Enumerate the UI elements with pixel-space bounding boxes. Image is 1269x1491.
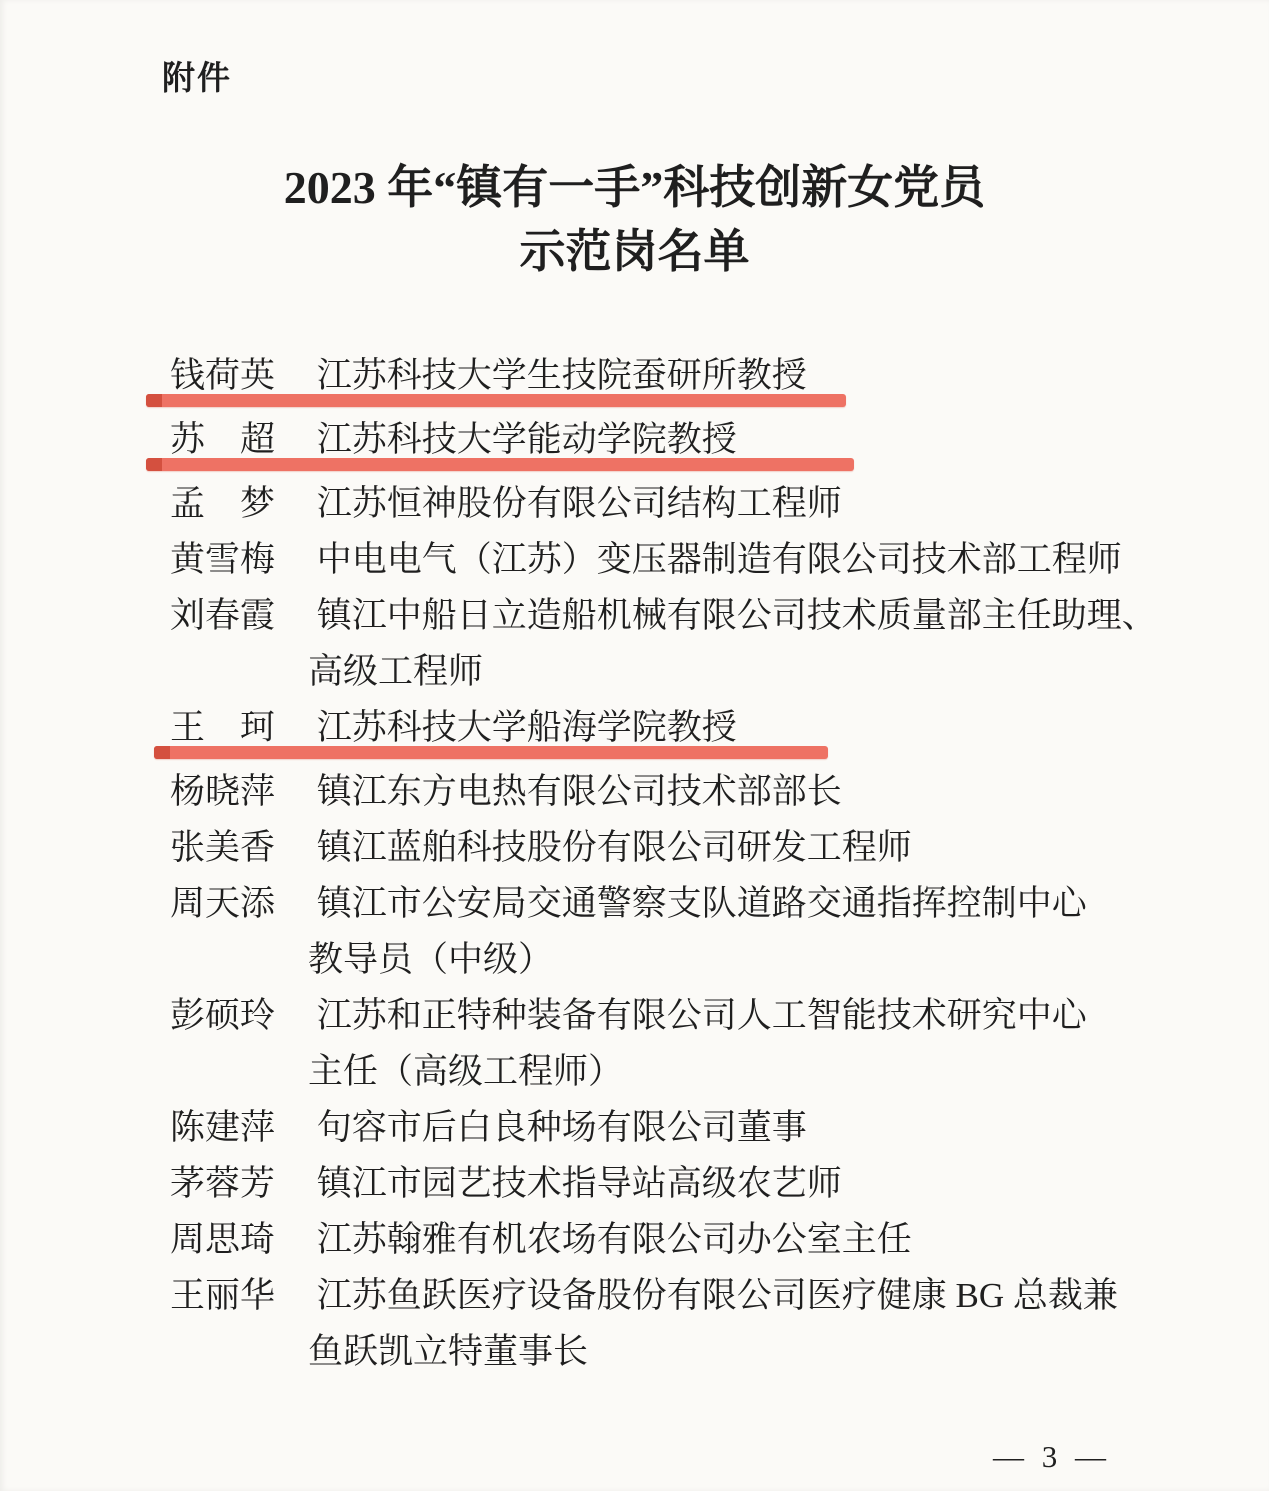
attachment-label: 附件 (162, 52, 232, 99)
roster-entry-line: 周天添 镇江市公安局交通警察支队道路交通指挥控制中心 (170, 876, 1229, 932)
person-name-char: 建 (205, 1100, 240, 1156)
page-number: — 3 — (993, 1439, 1111, 1475)
person-position: 镇江东方电热有限公司技术部部长 (317, 772, 842, 811)
red-underline-cap (146, 394, 162, 407)
roster-entry-line: 杨晓萍 镇江东方电热有限公司技术部部长 (170, 764, 1229, 820)
person-name-char: 陈 (170, 1100, 205, 1156)
roster-entry: 周天添 镇江市公安局交通警察支队道路交通指挥控制中心 教导员（中级） (170, 876, 1229, 988)
person-name: 孟梦 (170, 476, 275, 532)
roster-entry: 黄雪梅 中电电气（江苏）变压器制造有限公司技术部工程师 (170, 532, 1229, 588)
person-name-char: 思 (205, 1212, 240, 1268)
person-position-continued: 教导员（中级） (308, 940, 553, 979)
person-name-char: 玲 (240, 988, 275, 1044)
document-page: 附件 2023 年“镇有一手”科技创新女党员 示范岗名单 钱荷英 江苏科技大学生… (0, 0, 1269, 1491)
roster-entry: 苏超 江苏科技大学能动学院教授 (170, 412, 1229, 468)
person-name-char: 晓 (205, 764, 240, 820)
roster-entry: 茅蓉芳 镇江市园艺技术指导站高级农艺师 (170, 1156, 1229, 1212)
person-name-char: 天 (205, 876, 240, 932)
red-underline-cap (154, 746, 170, 759)
person-name-char: 周 (170, 1212, 205, 1268)
person-name-char: 美 (205, 820, 240, 876)
person-name-char: 霞 (240, 588, 275, 644)
person-position: 江苏和正特种装备有限公司人工智能技术研究中心 (317, 996, 1087, 1035)
roster-entry: 彭硕玲 江苏和正特种装备有限公司人工智能技术研究中心 主任（高级工程师） (170, 988, 1229, 1100)
person-name-char: 雪 (205, 532, 240, 588)
roster-entry: 陈建萍 句容市后白良种场有限公司董事 (170, 1100, 1229, 1156)
person-position: 句容市后白良种场有限公司董事 (317, 1108, 807, 1147)
person-position: 江苏恒神股份有限公司结构工程师 (317, 484, 842, 523)
red-underline-cap (146, 458, 162, 471)
roster-entry-line: 王丽华 江苏鱼跃医疗设备股份有限公司医疗健康 BG 总裁兼 (170, 1268, 1229, 1324)
roster-entry: 周思琦 江苏翰雅有机农场有限公司办公室主任 (170, 1212, 1229, 1268)
roster-entry-line: 黄雪梅 中电电气（江苏）变压器制造有限公司技术部工程师 (170, 532, 1229, 588)
roster-entry: 孟梦 江苏恒神股份有限公司结构工程师 (170, 476, 1229, 532)
person-name-char: 芳 (240, 1156, 275, 1212)
red-underline-highlight (154, 746, 828, 759)
person-name-char: 硕 (205, 988, 240, 1044)
roster-entry: 杨晓萍 镇江东方电热有限公司技术部部长 (170, 764, 1229, 820)
person-name: 周思琦 (170, 1212, 275, 1268)
person-position: 江苏科技大学生技院蚕研所教授 (317, 356, 807, 395)
person-name-char: 茅 (170, 1156, 205, 1212)
person-name-char: 梦 (240, 476, 275, 532)
roster-entry: 王丽华 江苏鱼跃医疗设备股份有限公司医疗健康 BG 总裁兼 鱼跃凯立特董事长 (170, 1268, 1229, 1380)
person-position: 江苏科技大学船海学院教授 (317, 708, 737, 747)
person-name-char: 丽 (205, 1268, 240, 1324)
document-title: 2023 年“镇有一手”科技创新女党员 示范岗名单 (110, 156, 1159, 284)
roster-entry-line: 陈建萍 句容市后白良种场有限公司董事 (170, 1100, 1229, 1156)
red-underline-highlight (146, 394, 846, 407)
person-position: 江苏鱼跃医疗设备股份有限公司医疗健康 BG 总裁兼 (317, 1276, 1118, 1315)
person-name-char: 华 (240, 1268, 275, 1324)
person-name-char: 张 (170, 820, 205, 876)
person-position: 中电电气（江苏）变压器制造有限公司技术部工程师 (317, 540, 1122, 579)
person-name: 杨晓萍 (170, 764, 275, 820)
person-name: 张美香 (170, 820, 275, 876)
person-position: 江苏科技大学能动学院教授 (317, 420, 737, 459)
person-name-char: 杨 (170, 764, 205, 820)
roster-entry-line-continued: 主任（高级工程师） (170, 1044, 1229, 1100)
person-name: 茅蓉芳 (170, 1156, 275, 1212)
person-name-char: 刘 (170, 588, 205, 644)
roster-entry: 张美香 镇江蓝舶科技股份有限公司研发工程师 (170, 820, 1229, 876)
person-position: 镇江市公安局交通警察支队道路交通指挥控制中心 (317, 884, 1087, 923)
roster-entry: 王珂 江苏科技大学船海学院教授 (170, 700, 1229, 756)
roster-entry-line: 刘春霞 镇江中船日立造船机械有限公司技术质量部主任助理、 (170, 588, 1229, 644)
person-position-continued: 高级工程师 (308, 652, 483, 691)
person-name-char: 萍 (240, 1100, 275, 1156)
person-name: 王丽华 (170, 1268, 275, 1324)
person-name-char: 春 (205, 588, 240, 644)
person-position: 镇江蓝舶科技股份有限公司研发工程师 (317, 828, 912, 867)
title-line-2: 示范岗名单 (110, 220, 1159, 284)
roster-entry: 钱荷英 江苏科技大学生技院蚕研所教授 (170, 348, 1229, 404)
roster-entry-line: 茅蓉芳 镇江市园艺技术指导站高级农艺师 (170, 1156, 1229, 1212)
person-name-char: 蓉 (205, 1156, 240, 1212)
person-name: 黄雪梅 (170, 532, 275, 588)
roster-entry-line-continued: 高级工程师 (170, 644, 1229, 700)
person-name-char: 萍 (240, 764, 275, 820)
title-line-1: 2023 年“镇有一手”科技创新女党员 (110, 156, 1159, 220)
person-name-char: 香 (240, 820, 275, 876)
roster-entry-line: 张美香 镇江蓝舶科技股份有限公司研发工程师 (170, 820, 1229, 876)
red-underline-highlight (146, 458, 854, 471)
person-name: 陈建萍 (170, 1100, 275, 1156)
person-position-continued: 鱼跃凯立特董事长 (308, 1332, 588, 1371)
person-name-char: 孟 (170, 476, 205, 532)
person-position: 镇江市园艺技术指导站高级农艺师 (317, 1164, 842, 1203)
person-name: 彭硕玲 (170, 988, 275, 1044)
roster-entry-line: 周思琦 江苏翰雅有机农场有限公司办公室主任 (170, 1212, 1229, 1268)
roster-entry-line-continued: 鱼跃凯立特董事长 (170, 1324, 1229, 1380)
person-name-char: 琦 (240, 1212, 275, 1268)
person-name-char: 周 (170, 876, 205, 932)
roster-entry: 刘春霞 镇江中船日立造船机械有限公司技术质量部主任助理、 高级工程师 (170, 588, 1229, 700)
person-position: 镇江中船日立造船机械有限公司技术质量部主任助理、 (317, 596, 1157, 635)
person-name-char: 添 (240, 876, 275, 932)
person-position-continued: 主任（高级工程师） (308, 1052, 623, 1091)
person-name: 刘春霞 (170, 588, 275, 644)
person-name: 周天添 (170, 876, 275, 932)
person-position: 江苏翰雅有机农场有限公司办公室主任 (317, 1220, 912, 1259)
roster-list: 钱荷英 江苏科技大学生技院蚕研所教授 苏超 江苏科技大学能动学院教授 孟梦 江苏… (170, 348, 1229, 1380)
person-name-char: 梅 (240, 532, 275, 588)
person-name-char: 黄 (170, 532, 205, 588)
roster-entry-line: 孟梦 江苏恒神股份有限公司结构工程师 (170, 476, 1229, 532)
person-name-char: 彭 (170, 988, 205, 1044)
roster-entry-line: 彭硕玲 江苏和正特种装备有限公司人工智能技术研究中心 (170, 988, 1229, 1044)
roster-entry-line-continued: 教导员（中级） (170, 932, 1229, 988)
person-name-char: 王 (170, 1268, 205, 1324)
